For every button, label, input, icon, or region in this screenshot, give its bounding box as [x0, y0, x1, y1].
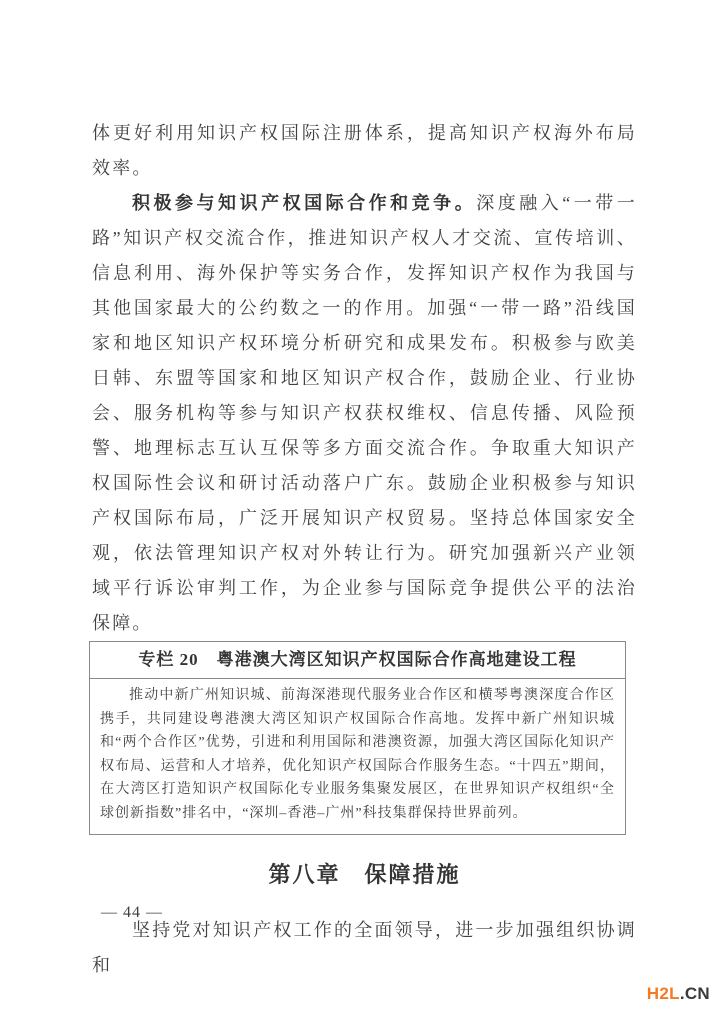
paragraph-bold-lead: 积极参与知识产权国际合作和竞争。: [132, 193, 476, 213]
paragraph-text: 深度融入“一带一路”知识产权交流合作，推进知识产权人才交流、宣传培训、信息利用、…: [92, 193, 637, 633]
closing-paragraph: 坚持党对知识产权工作的全面领导，进一步加强组织协调和: [92, 913, 637, 983]
feature-box-body: 推动中新广州知识城、前海深港现代服务业合作区和横琴粤澳深度合作区携手，共同建设粤…: [90, 679, 625, 834]
page-number: — 44 —: [101, 904, 163, 922]
watermark-brand: H2L: [647, 984, 680, 1003]
paragraph: 积极参与知识产权国际合作和竞争。深度融入“一带一路”知识产权交流合作，推进知识产…: [92, 186, 637, 641]
feature-box-title: 专栏 20 粤港澳大湾区知识产权国际合作高地建设工程: [90, 642, 625, 679]
paragraph-continuation: 体更好利用知识产权国际注册体系，提高知识产权海外布局效率。: [92, 116, 637, 186]
feature-box: 专栏 20 粤港澳大湾区知识产权国际合作高地建设工程 推动中新广州知识城、前海深…: [89, 641, 626, 835]
chapter-heading: 第八章 保障措施: [92, 860, 637, 890]
document-page: 体更好利用知识产权国际注册体系，提高知识产权海外布局效率。 积极参与知识产权国际…: [0, 0, 720, 1018]
watermark-suffix: .CN: [680, 984, 710, 1003]
watermark: H2L.CN: [647, 984, 710, 1004]
content-area: 体更好利用知识产权国际注册体系，提高知识产权海外布局效率。 积极参与知识产权国际…: [92, 116, 637, 983]
